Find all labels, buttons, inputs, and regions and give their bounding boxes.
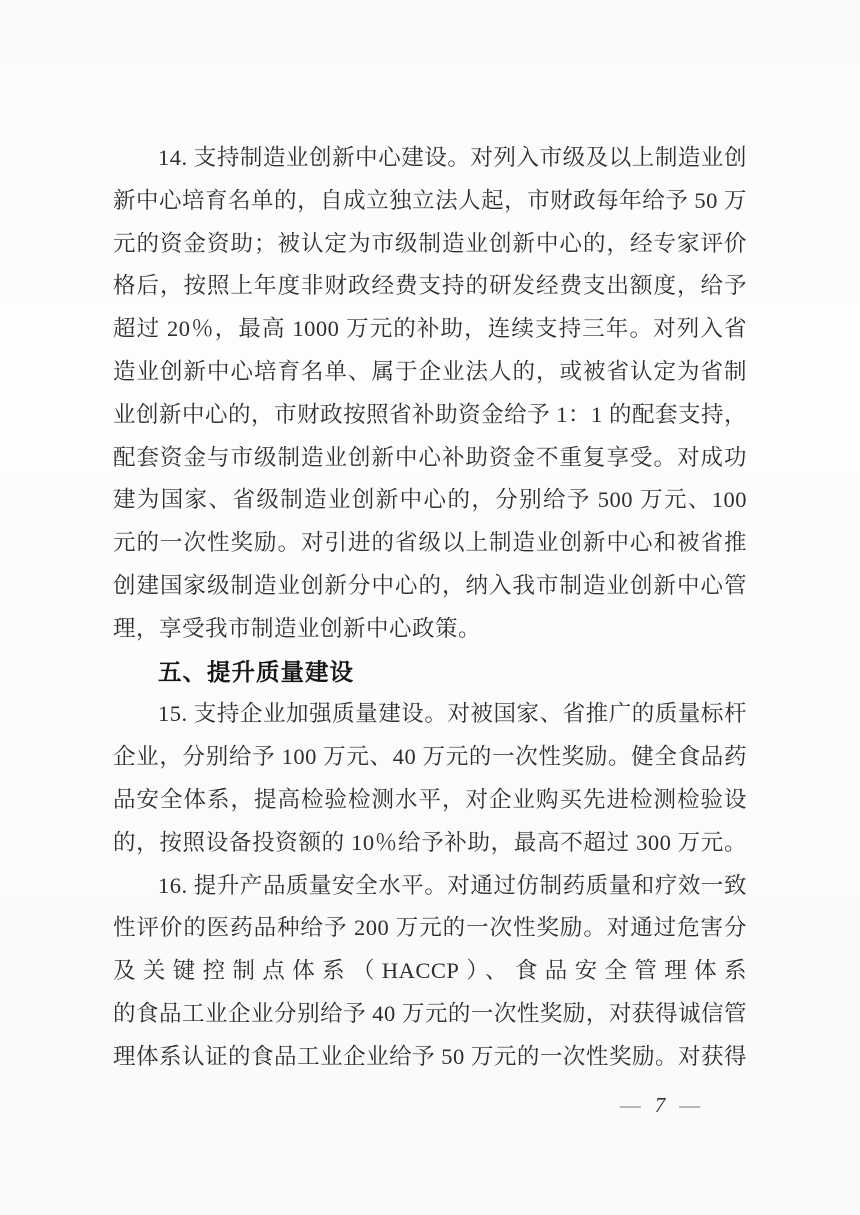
section-heading-5: 五、提升质量建设 — [113, 651, 747, 694]
footer-dash-left: — — [620, 1093, 641, 1117]
text-line: 的，按照设备投资额的 10％给予补助，最高不超过 300 万元。 — [113, 822, 747, 865]
text-line: 新中心培育名单的，自成立独立法人起，市财政每年给予 50 万 — [113, 180, 747, 223]
page-number: 7 — [655, 1092, 666, 1118]
text-line: 建为国家、省级制造业创新中心的，分别给予 500 万元、100 万 — [113, 479, 747, 522]
text-line: 业创新中心的，市财政按照省补助资金给予 1：1 的配套支持， — [113, 394, 747, 437]
text-line: 16. 提升产品质量安全水平。对通过仿制药质量和疗效一致 — [113, 865, 747, 908]
text-line: 的食品工业企业分别给予 40 万元的一次性奖励，对获得诚信管 — [113, 993, 747, 1036]
document-page: 14. 支持制造业创新中心建设。对列入市级及以上制造业创 新中心培育名单的，自成… — [0, 0, 860, 1215]
page-footer: —7— — [560, 1092, 760, 1118]
text-line: 企业，分别给予 100 万元、40 万元的一次性奖励。健全食品药 — [113, 736, 747, 779]
text-line: 格后，按照上年度非财政经费支持的研发经费支出额度，给予不 — [113, 265, 747, 308]
text-line: 超过 20％，最高 1000 万元的补助，连续支持三年。对列入省制 — [113, 308, 747, 351]
text-line: 造业创新中心培育名单、属于企业法人的，或被省认定为省制造 — [113, 351, 747, 394]
paragraph-16: 16. 提升产品质量安全水平。对通过仿制药质量和疗效一致 性评价的医药品种给予 … — [113, 865, 747, 1079]
text-line: 创建国家级制造业创新分中心的，纳入我市制造业创新中心管 — [113, 565, 747, 608]
page-body-text: 14. 支持制造业创新中心建设。对列入市级及以上制造业创 新中心培育名单的，自成… — [113, 137, 747, 1079]
text-line: 元的资金资助；被认定为市级制造业创新中心的，经专家评价合 — [113, 223, 747, 266]
footer-dash-right: — — [679, 1093, 700, 1117]
text-line: 及关键控制点体系（HACCP）、食品安全管理体系（ISO22000） — [113, 950, 747, 993]
text-line: 15. 支持企业加强质量建设。对被国家、省推广的质量标杆 — [113, 693, 747, 736]
text-line: 14. 支持制造业创新中心建设。对列入市级及以上制造业创 — [113, 137, 747, 180]
text-line: 理，享受我市制造业创新中心政策。 — [113, 608, 747, 651]
text-line: 元的一次性奖励。对引进的省级以上制造业创新中心和被省推荐 — [113, 522, 747, 565]
text-line: 配套资金与市级制造业创新中心补助资金不重复享受。对成功创 — [113, 437, 747, 480]
text-line: 性评价的医药品种给予 200 万元的一次性奖励。对通过危害分析 — [113, 907, 747, 950]
text-line: 品安全体系，提高检验检测水平，对企业购买先进检测检验设备 — [113, 779, 747, 822]
paragraph-14: 14. 支持制造业创新中心建设。对列入市级及以上制造业创 新中心培育名单的，自成… — [113, 137, 747, 651]
paragraph-15: 15. 支持企业加强质量建设。对被国家、省推广的质量标杆 企业，分别给予 100… — [113, 693, 747, 864]
text-line: 理体系认证的食品工业企业给予 50 万元的一次性奖励。对获得 — [113, 1036, 747, 1079]
